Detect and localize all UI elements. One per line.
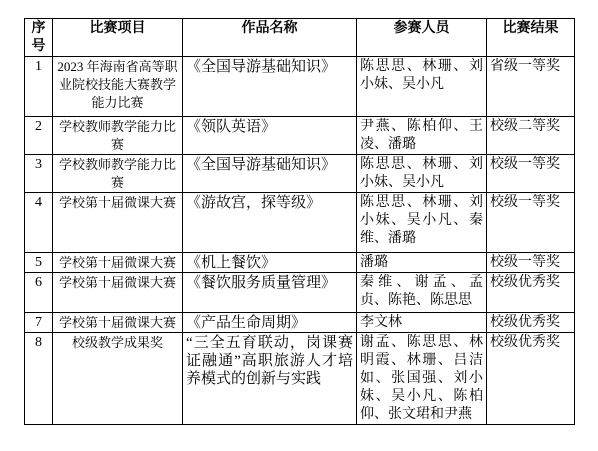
cell-work: 《游故宫，探等级》 <box>183 193 357 253</box>
column-header-project: 比赛项目 <box>53 19 183 57</box>
column-header-index: 序号 <box>25 19 53 57</box>
cell-participants: 谢孟、陈思思、林明霞、林珊、吕洁如、张国强、刘小妹、吴小凡、陈柏仰、张文珺和尹燕 <box>357 333 487 425</box>
cell-work: 《全国导游基础知识》 <box>183 57 357 117</box>
column-header-work: 作品名称 <box>183 19 357 57</box>
cell-result: 校级优秀奖 <box>487 273 575 313</box>
cell-result: 校级一等奖 <box>487 155 575 193</box>
document-page: 序号比赛项目作品名称参赛人员比赛结果 12023 年海南省高等职业院校技能大赛教… <box>0 0 598 451</box>
cell-index: 3 <box>25 155 53 193</box>
cell-work: 《全国导游基础知识》 <box>183 155 357 193</box>
table-row: 12023 年海南省高等职业院校技能大赛教学能力比赛《全国导游基础知识》陈思思、… <box>25 57 575 117</box>
cell-work: 《餐饮服务质量管理》 <box>183 273 357 313</box>
cell-participants: 陈思思、林珊、刘小妹、吴小凡 <box>357 57 487 117</box>
cell-index: 8 <box>25 333 53 425</box>
cell-result: 校级优秀奖 <box>487 313 575 333</box>
cell-result: 校级二等奖 <box>487 117 575 155</box>
cell-index: 6 <box>25 273 53 313</box>
cell-project: 学校第十届微课大赛 <box>53 193 183 253</box>
cell-result: 校级优秀奖 <box>487 333 575 425</box>
cell-result: 省级一等奖 <box>487 57 575 117</box>
column-header-result: 比赛结果 <box>487 19 575 57</box>
cell-participants: 秦维、谢孟、孟贞、陈艳、陈思思 <box>357 273 487 313</box>
header-row: 序号比赛项目作品名称参赛人员比赛结果 <box>25 19 575 57</box>
cell-index: 4 <box>25 193 53 253</box>
awards-table: 序号比赛项目作品名称参赛人员比赛结果 12023 年海南省高等职业院校技能大赛教… <box>24 18 575 425</box>
table-row: 2学校教师教学能力比赛《领队英语》尹燕、陈柏仰、王凌、潘璐校级二等奖 <box>25 117 575 155</box>
cell-project: 学校第十届微课大赛 <box>53 313 183 333</box>
cell-participants: 陈思思、林珊、刘小妹、吴小凡 <box>357 155 487 193</box>
cell-participants: 陈思思、林珊、刘小妹、吴小凡、秦维、潘璐 <box>357 193 487 253</box>
cell-result: 校级一等奖 <box>487 193 575 253</box>
column-header-participants: 参赛人员 <box>357 19 487 57</box>
cell-work: 《机上餐饮》 <box>183 253 357 273</box>
cell-participants: 潘璐 <box>357 253 487 273</box>
table-header: 序号比赛项目作品名称参赛人员比赛结果 <box>25 19 575 57</box>
table-row: 7学校第十届微课大赛《产品生命周期》李文林校级优秀奖 <box>25 313 575 333</box>
cell-participants: 李文林 <box>357 313 487 333</box>
table-row: 3学校教师教学能力比赛《全国导游基础知识》陈思思、林珊、刘小妹、吴小凡校级一等奖 <box>25 155 575 193</box>
cell-participants: 尹燕、陈柏仰、王凌、潘璐 <box>357 117 487 155</box>
cell-result: 校级一等奖 <box>487 253 575 273</box>
table-body: 12023 年海南省高等职业院校技能大赛教学能力比赛《全国导游基础知识》陈思思、… <box>25 57 575 425</box>
table-row: 6学校第十届微课大赛《餐饮服务质量管理》秦维、谢孟、孟贞、陈艳、陈思思校级优秀奖 <box>25 273 575 313</box>
cell-index: 7 <box>25 313 53 333</box>
table-row: 5学校第十届微课大赛《机上餐饮》潘璐校级一等奖 <box>25 253 575 273</box>
cell-project: 学校教师教学能力比赛 <box>53 117 183 155</box>
cell-project: 学校第十届微课大赛 <box>53 253 183 273</box>
cell-project: 2023 年海南省高等职业院校技能大赛教学能力比赛 <box>53 57 183 117</box>
cell-project: 学校第十届微课大赛 <box>53 273 183 313</box>
cell-index: 2 <box>25 117 53 155</box>
cell-index: 5 <box>25 253 53 273</box>
table-row: 4学校第十届微课大赛《游故宫，探等级》陈思思、林珊、刘小妹、吴小凡、秦维、潘璐校… <box>25 193 575 253</box>
cell-work: 《领队英语》 <box>183 117 357 155</box>
cell-project: 学校教师教学能力比赛 <box>53 155 183 193</box>
table-row: 8校级教学成果奖“三全五育联动，岗课赛证融通”高职旅游人才培养模式的创新与实践谢… <box>25 333 575 425</box>
cell-project: 校级教学成果奖 <box>53 333 183 425</box>
cell-work: “三全五育联动，岗课赛证融通”高职旅游人才培养模式的创新与实践 <box>183 333 357 425</box>
cell-work: 《产品生命周期》 <box>183 313 357 333</box>
cell-index: 1 <box>25 57 53 117</box>
